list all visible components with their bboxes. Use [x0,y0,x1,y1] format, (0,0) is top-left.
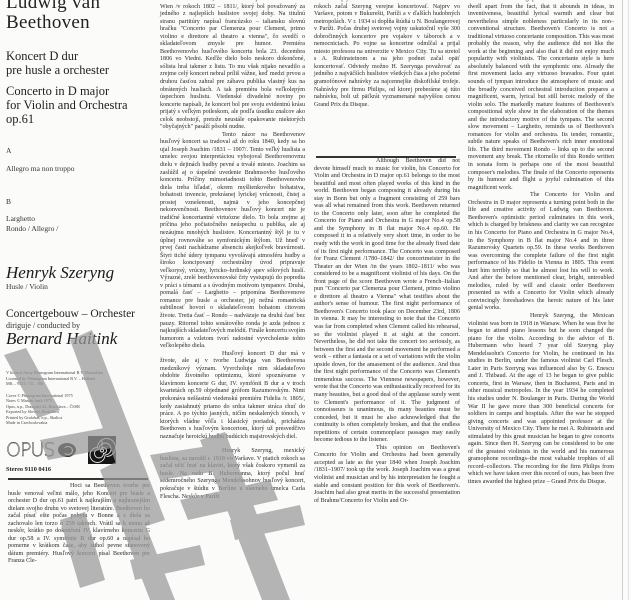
section-divider [8,478,148,480]
work-title-en-line: for Violin and Orchestra [6,98,154,112]
orchestra-name: Concertgebouw – Orchester [6,308,154,321]
notes-paragraph: Henryk Szeryng, the Mexican violinist wa… [468,313,614,487]
notes-paragraph: This opinion on Beethoven's Concerto for… [314,445,460,505]
opus-logo: OPUS [6,439,54,461]
side-b-movements: Larghetto Rondo / Allegro / [6,214,154,234]
label-logos: OPUS [6,436,154,464]
notes-paragraph: Henryk Szeryng, mexický huslista, sa nar… [160,448,305,501]
side-b-label: B [6,197,154,206]
opus-number: op.61 [6,112,154,126]
page-edge [622,0,623,600]
work-title-sk-line: pre husle a orchester [6,63,154,77]
soloist-name: Henryk Szeryng [6,264,154,282]
work-title-slovak: Koncert D dur pre husle a orchester [6,49,154,77]
composer-name: Ludwig van Beethoven [6,0,154,33]
soloist-role: Husle / Violin [6,282,154,291]
notes-sk-column-3: na neho vplývali G. Enescu a J. Thibaud.… [314,0,460,109]
notes-paragraph: na neho vplývali G. Enescu a J. Thibaud.… [314,0,460,109]
work-title-english: Concerto in D major for Violin and Orche… [6,84,154,126]
title-block: Ludwig van Beethoven Koncert D dur pre h… [6,0,154,473]
license-credits: V licencii firmy Phonogram International… [6,370,154,387]
side-a-label: A [6,146,154,155]
notes-sk-column-1: Hoci sa Beethoven tvorbe pre husle venov… [8,483,150,566]
notes-paragraph: Although Beethoven did not devote himsel… [314,158,460,445]
side-a-movement: Allegro ma non troppo [6,164,154,173]
page-edge [628,0,629,600]
side-b-movement: Larghetto [6,214,154,224]
production-credits: Cover © Phonogram International 1975 Not… [6,393,154,426]
credit-line: MK – 9321 / 74 – 106 [6,381,154,387]
work-title-en-line: Concerto in D major [6,84,154,98]
notes-en-column-4: chestra. The outstanding qualities of Be… [468,0,614,487]
credit-line: Made in Czechoslovakia [6,420,154,426]
notes-paragraph: Husľový koncert D dur má v živote, ale a… [160,351,305,442]
work-title-sk-line: Koncert D dur [6,49,154,63]
notes-paragraph: Hoci sa Beethoven tvorbe pre husle venov… [8,483,150,566]
notes-paragraph: The Concerto for Violin and Orchestra in… [468,192,614,313]
conductor-name: Bernard Haitink [6,330,154,348]
side-b-movement: Rondo / Allegro / [6,224,154,234]
spiral-emblem-icon [88,436,116,464]
notes-sk-column-2: menta /1780 – 1842/, koncertného majstra… [160,0,305,501]
notes-paragraph: Tento názor na Beethovenov husľový konce… [160,132,305,351]
catalog-number: Stereo 9110 0416 [6,466,154,473]
liner-notes-page: Ludwig van Beethoven Koncert D dur pre h… [0,0,631,600]
notes-paragraph: menta /1780 – 1842/, koncertného majstra… [160,0,305,132]
opus-swirl-icon [58,443,76,457]
notes-en-column-3: Although Beethoven did not devote himsel… [314,158,460,505]
notes-paragraph: chestra. The outstanding qualities of Be… [468,0,614,192]
